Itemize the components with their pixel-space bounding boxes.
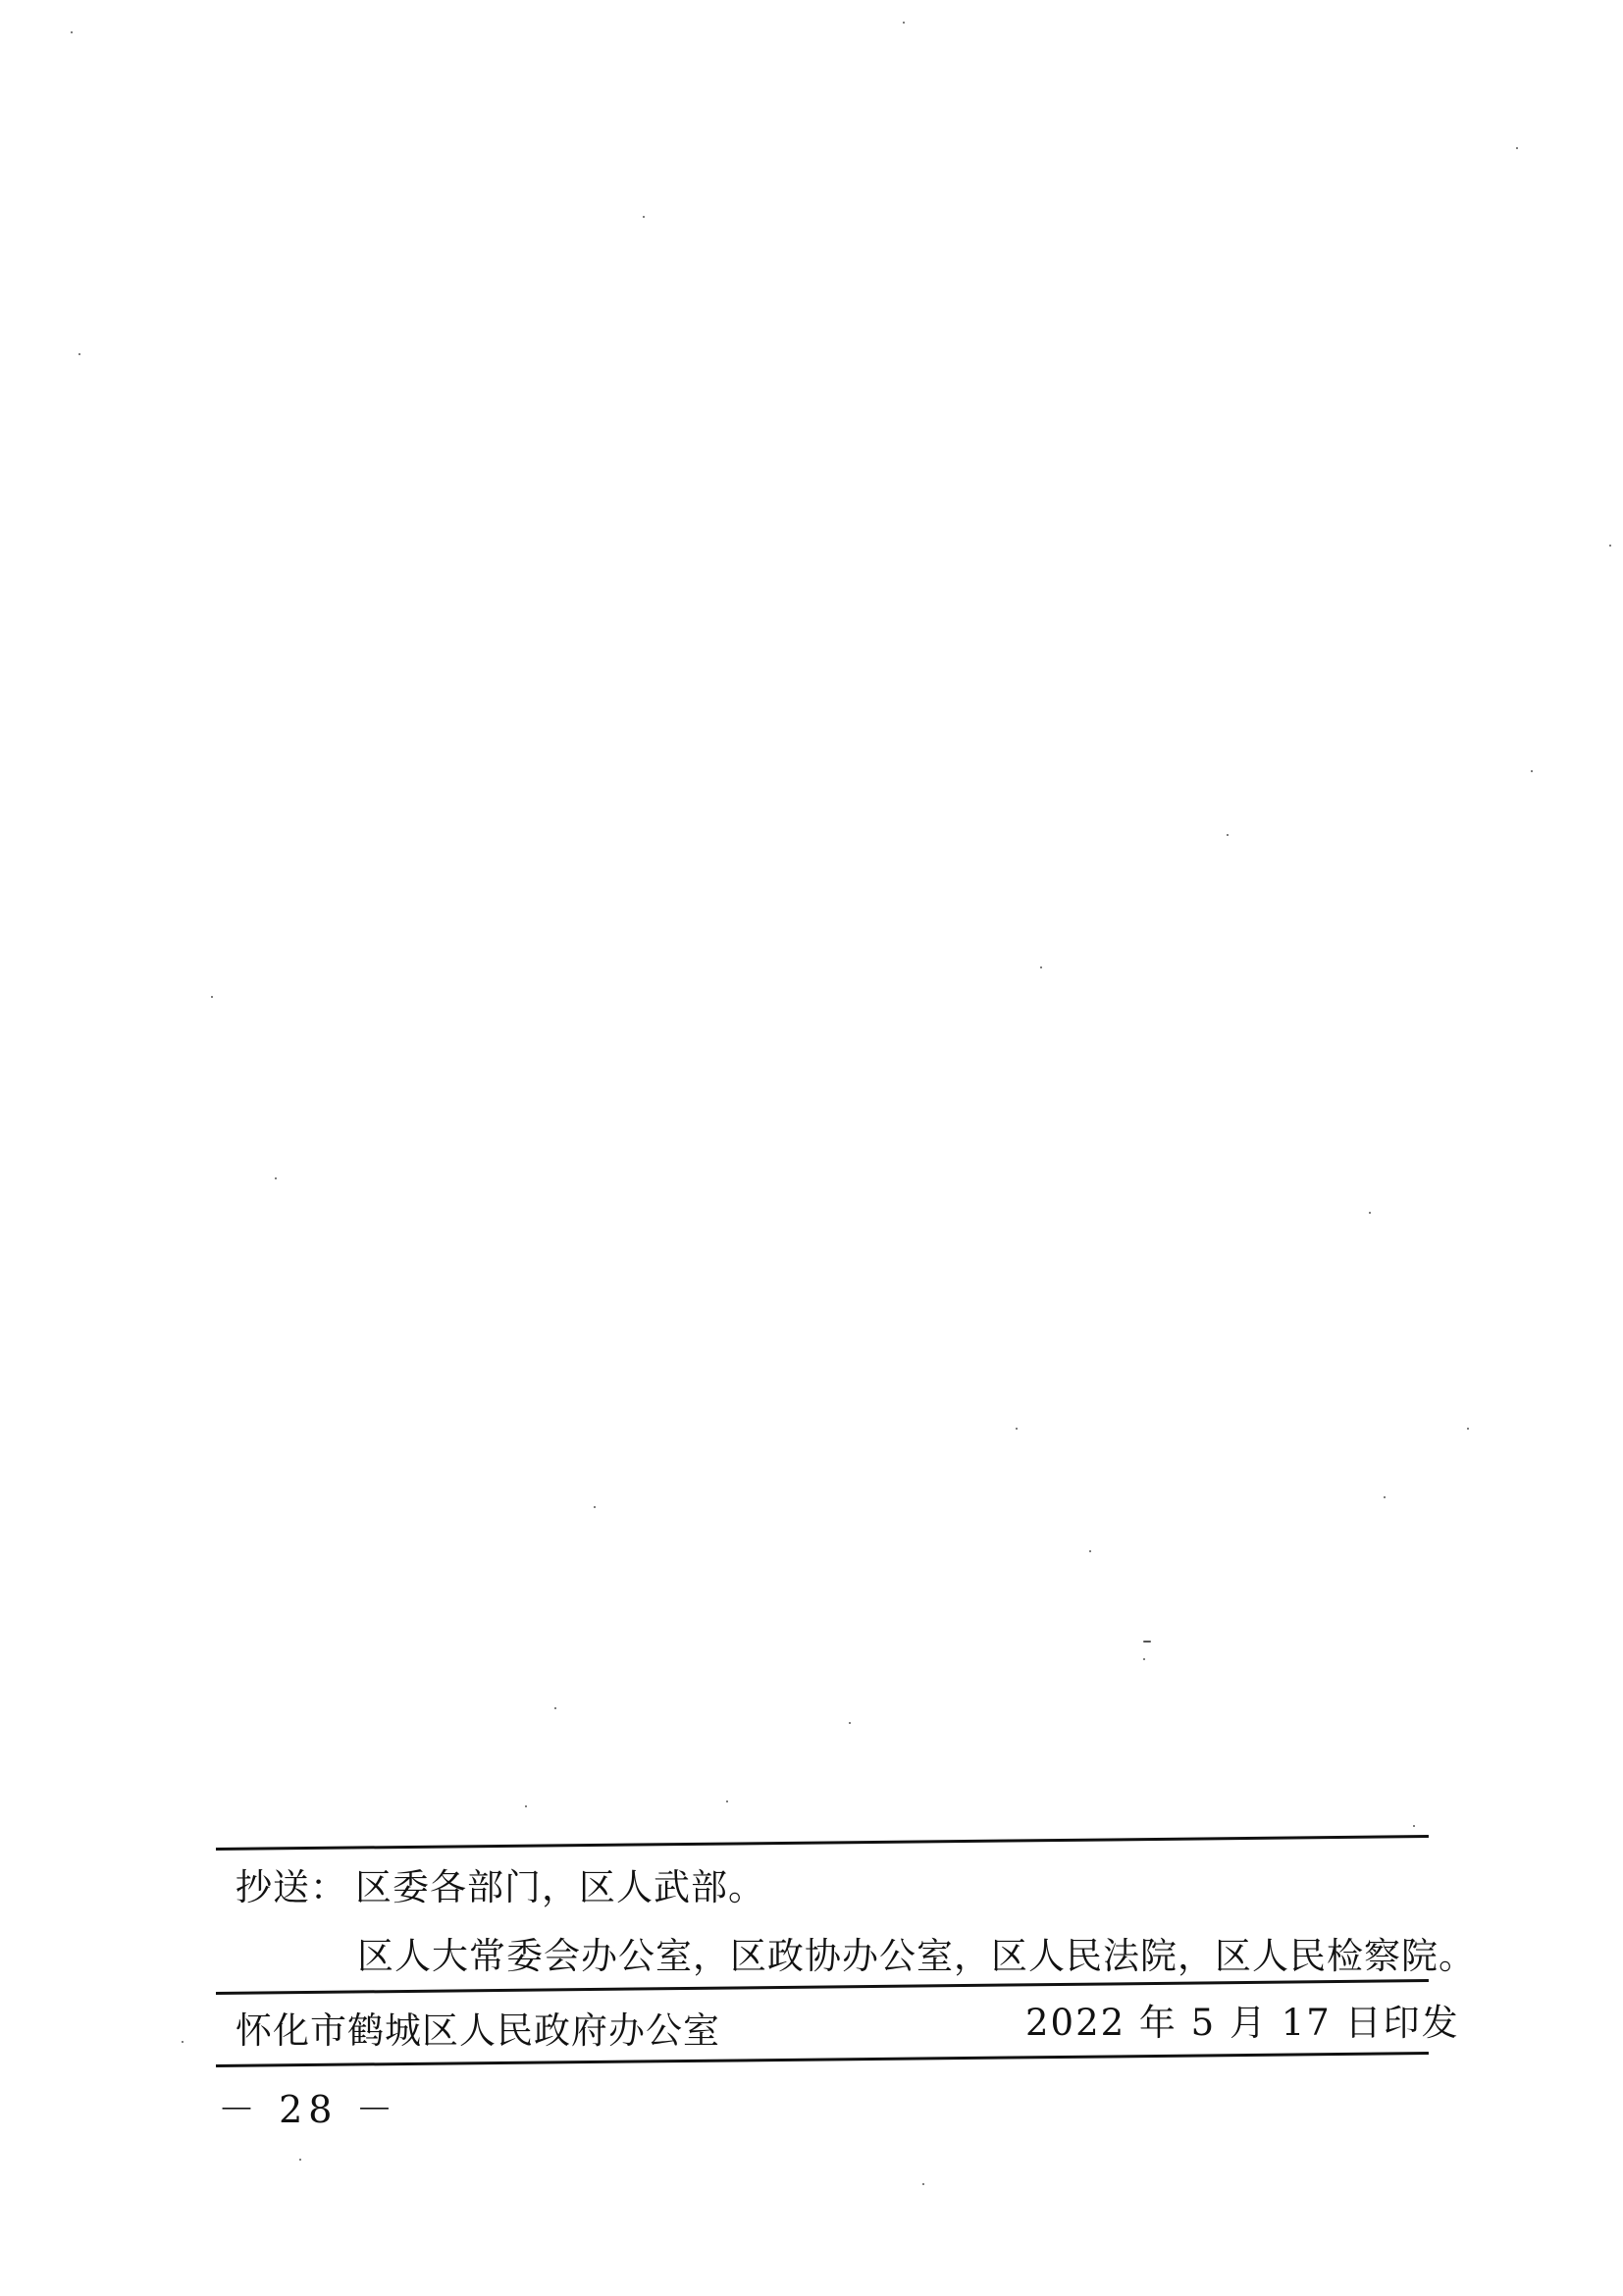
cc-recipients-line-1: 区委各部门，区人武部。 xyxy=(355,1866,765,1909)
footer-middle-rule xyxy=(216,1979,1429,1995)
scan-speck xyxy=(1143,1658,1145,1660)
scan-speck xyxy=(1143,1641,1151,1643)
scan-speck xyxy=(1467,1428,1469,1430)
footer-bottom-rule xyxy=(216,2052,1429,2067)
scan-speck xyxy=(1040,966,1042,968)
scan-speck xyxy=(726,1800,728,1802)
scan-speck xyxy=(1531,770,1533,772)
scan-speck xyxy=(554,1707,556,1709)
scan-speck xyxy=(1413,1825,1415,1827)
scan-speck xyxy=(1089,1550,1091,1552)
page-number: － 28 － xyxy=(218,2088,399,2131)
issuing-office: 怀化市鹤城区人民政府办公室 xyxy=(236,2009,720,2053)
scan-speck xyxy=(275,1177,277,1179)
scan-speck xyxy=(1609,545,1611,547)
scan-speck xyxy=(1384,1496,1386,1498)
cc-recipients-line-2: 区人大常委会办公室，区政协办公室，区人民法院，区人民检察院。 xyxy=(357,1935,1476,1978)
footer-top-rule xyxy=(216,1835,1429,1851)
scan-speck xyxy=(1369,1212,1371,1214)
scan-speck xyxy=(922,2183,924,2185)
scan-speck xyxy=(71,31,73,33)
scan-speck xyxy=(79,353,80,355)
scan-speck xyxy=(1516,147,1518,149)
scan-speck xyxy=(211,996,213,998)
scan-speck xyxy=(643,216,645,218)
scan-speck xyxy=(594,1506,596,1508)
scan-speck xyxy=(182,2041,183,2043)
scan-speck xyxy=(849,1722,851,1724)
scan-speck xyxy=(1227,834,1229,836)
scan-speck xyxy=(903,22,905,24)
cc-label: 抄送： xyxy=(236,1866,347,1909)
issue-date: 2022 年 5 月 17 日印发 xyxy=(1025,2002,1460,2045)
scan-speck xyxy=(299,2159,301,2161)
scan-speck xyxy=(1016,1428,1018,1430)
scan-speck xyxy=(525,1805,527,1807)
